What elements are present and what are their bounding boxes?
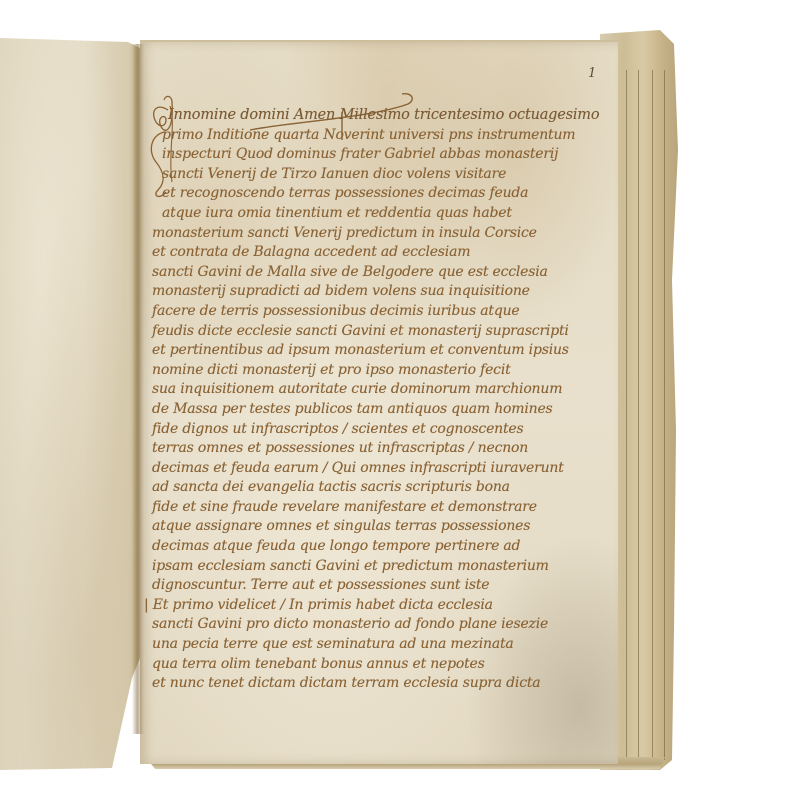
manuscript-line: atque iura omia tinentium et reddentia q…	[152, 204, 608, 224]
page-edge-line	[638, 70, 639, 760]
manuscript-line: et recognoscendo terras possessiones dec…	[152, 184, 608, 204]
page-edge-line	[664, 70, 665, 760]
decorated-initial-icon	[146, 92, 186, 202]
folio-number: 1	[588, 66, 596, 81]
manuscript-line: atque assignare omnes et singulas terras…	[152, 517, 608, 537]
manuscript-line: et nunc tenet dictam dictam terram eccle…	[152, 674, 608, 694]
page-edge-line	[652, 70, 653, 760]
manuscript-line: fide dignos ut infrascriptos / scientes …	[152, 420, 608, 440]
manuscript-line: monasterij supradicti ad bidem volens su…	[152, 282, 608, 302]
manuscript-line: primo Inditione quarta Noverint universi…	[152, 126, 608, 146]
manuscript-line: ad sancta dei evangelia tactis sacris sc…	[152, 478, 608, 498]
manuscript-line: feudis dicte ecclesie sancti Gavini et m…	[152, 322, 608, 342]
manuscript-line: fide et sine fraude revelare manifestare…	[152, 498, 608, 518]
manuscript-line: terras omnes et possessiones ut infrascr…	[152, 439, 608, 459]
manuscript-line: sua inquisitionem autoritate curie domin…	[152, 380, 608, 400]
manuscript-line: una pecia terre que est seminatura ad un…	[152, 635, 608, 655]
manuscript-line: nomine dicti monasterij et pro ipso mona…	[152, 361, 608, 381]
manuscript-line: inspecturi Quod dominus frater Gabriel a…	[152, 145, 608, 165]
manuscript-text: Innomine domini Amen Millesimo tricentes…	[152, 106, 608, 694]
right-page-recto: 1 Innomine domini Amen Millesimo tricent…	[140, 40, 618, 764]
page-edge-line	[626, 70, 627, 760]
manuscript-line: dignoscuntur. Terre aut et possessiones …	[152, 576, 608, 596]
manuscript-line: Innomine domini Amen Millesimo tricentes…	[152, 106, 608, 126]
manuscript-line: sancti Gavini pro dicto monasterio ad fo…	[152, 615, 608, 635]
book-gutter	[132, 44, 144, 734]
manuscript-line: sancti Gavini de Malla sive de Belgodere…	[152, 263, 608, 283]
manuscript-line: decimas et feuda earum / Qui omnes infra…	[152, 459, 608, 479]
manuscript-line: ipsam ecclesiam sancti Gavini et predict…	[152, 557, 608, 577]
left-page-blank	[0, 38, 140, 770]
manuscript-line: decimas atque feuda que longo tempore pe…	[152, 537, 608, 557]
manuscript-line: qua terra olim tenebant bonus annus et n…	[152, 655, 608, 675]
manuscript-line: sancti Venerij de Tirzo Ianuen dioc vole…	[152, 165, 608, 185]
manuscript-line: de Massa per testes publicos tam antiquo…	[152, 400, 608, 420]
manuscript-line: facere de terris possessionibus decimis …	[152, 302, 608, 322]
manuscript-line: et contrata de Balagna accedent ad eccle…	[152, 243, 608, 263]
manuscript-photo: 1 Innomine domini Amen Millesimo tricent…	[0, 0, 800, 800]
manuscript-line: | Et primo videlicet / In primis habet d…	[144, 596, 608, 616]
manuscript-line: et pertinentibus ad ipsum monasterium et…	[152, 341, 608, 361]
manuscript-line: monasterium sancti Venerij predictum in …	[152, 224, 608, 244]
